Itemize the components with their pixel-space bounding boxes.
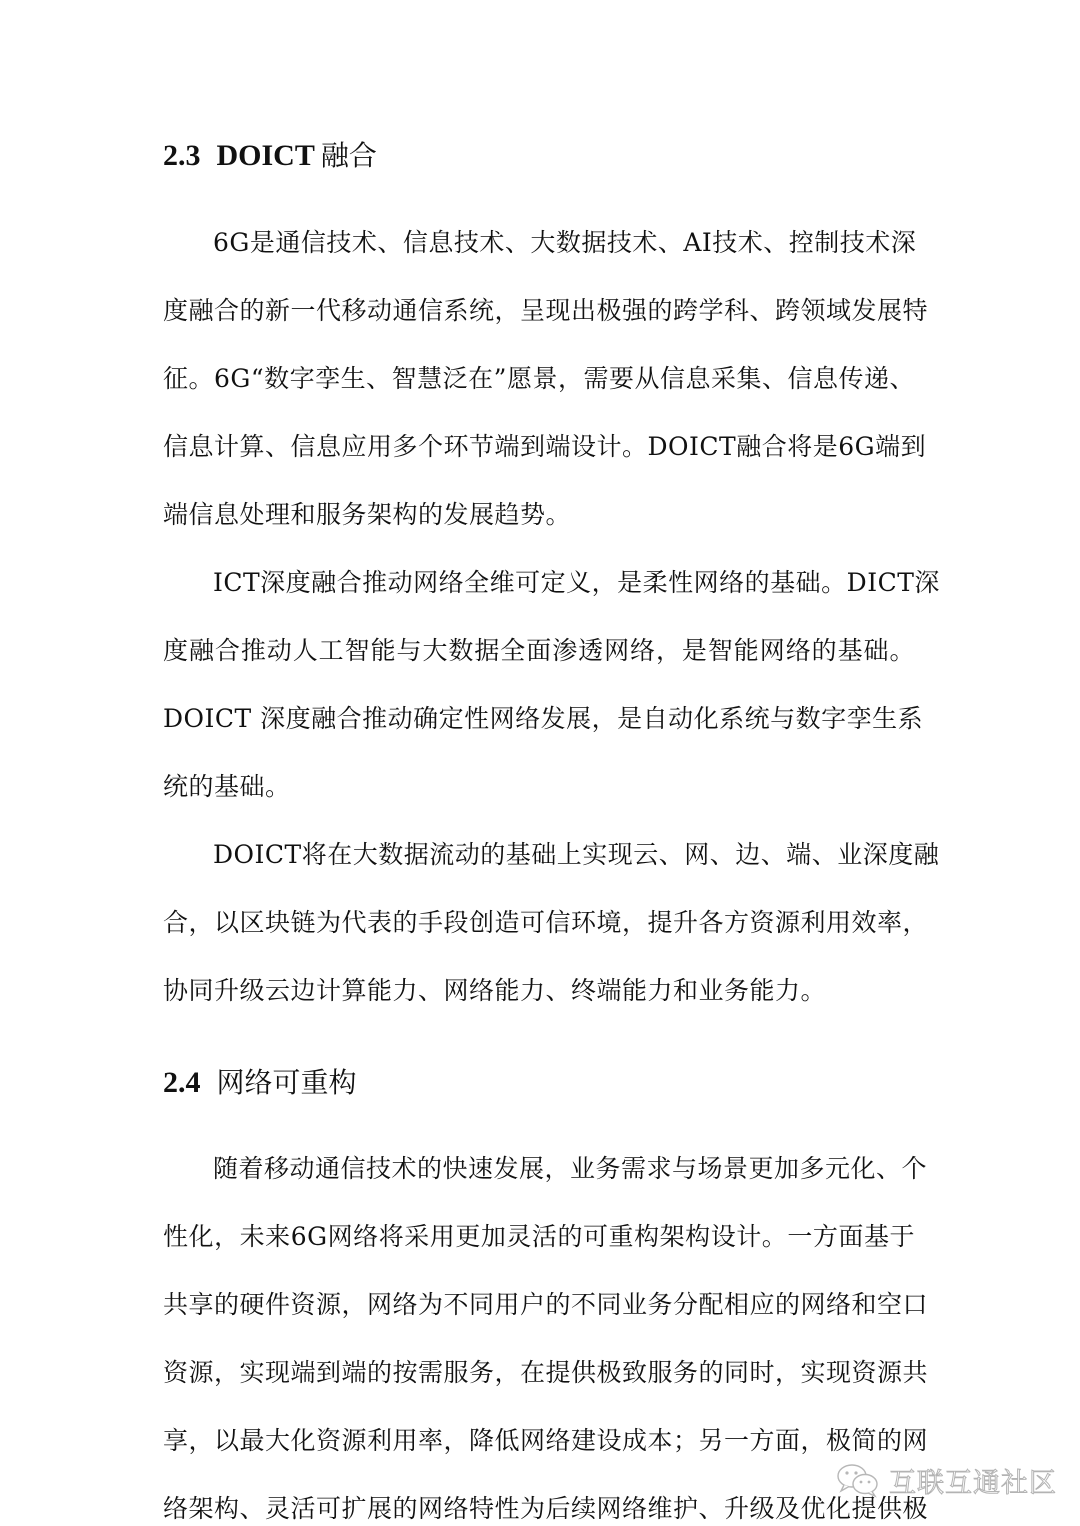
section-title-zh: 融合 — [321, 139, 377, 172]
paragraph-line: 征。6G“数字孪生、智慧泛在”愿景，需要从信息采集、信息传递、 — [163, 361, 915, 397]
paragraph-line: 共享的硬件资源，网络为不同用户的不同业务分配相应的网络和空口 — [163, 1287, 915, 1323]
paragraph-line: 协同升级云边计算能力、网络能力、终端能力和业务能力。 — [163, 973, 915, 1009]
paragraph-line: 6G是通信技术、信息技术、大数据技术、AI技术、控制技术深 — [213, 225, 915, 261]
section-heading-2-3: 2.3DOICT融合 — [163, 136, 377, 176]
paragraph-line: 合，以区块链为代表的手段创造可信环境，提升各方资源利用效率， — [163, 905, 915, 941]
paragraph-line: ICT深度融合推动网络全维可定义，是柔性网络的基础。DICT深 — [213, 565, 915, 601]
section-title-en: DOICT — [217, 139, 315, 172]
section-heading-2-4: 2.4网络可重构 — [163, 1063, 357, 1103]
paragraph-line: DOICT 深度融合推动确定性网络发展，是自动化系统与数字孪生系 — [163, 701, 915, 737]
paragraph-line: 享，以最大化资源利用率，降低网络建设成本；另一方面，极简的网 — [163, 1423, 915, 1459]
paragraph-line: 端信息处理和服务架构的发展趋势。 — [163, 497, 915, 533]
paragraph-line: 信息计算、信息应用多个环节端到端设计。DOICT融合将是6G端到 — [163, 429, 915, 465]
paragraph-line: 络架构、灵活可扩展的网络特性为后续网络维护、升级及优化提供极 — [163, 1491, 915, 1526]
paragraph-line: 性化，未来6G网络将采用更加灵活的可重构架构设计。一方面基于 — [163, 1219, 915, 1255]
paragraph-line: 统的基础。 — [163, 769, 915, 805]
section-title-zh: 网络可重构 — [217, 1066, 357, 1099]
watermark-text: 互联互通社区 — [889, 1461, 1057, 1500]
paragraph-line: 度融合推动人工智能与大数据全面渗透网络，是智能网络的基础。 — [163, 633, 915, 669]
section-number: 2.4 — [163, 1066, 201, 1099]
paragraph-line: 随着移动通信技术的快速发展，业务需求与场景更加多元化、个 — [213, 1151, 915, 1187]
document-page: 2.3DOICT融合 6G是通信技术、信息技术、大数据技术、AI技术、控制技术深… — [0, 0, 1080, 1526]
section-number: 2.3 — [163, 139, 201, 172]
watermark: 互联互通社区 — [835, 1460, 1057, 1500]
paragraph-line: 度融合的新一代移动通信系统，呈现出极强的跨学科、跨领域发展特 — [163, 293, 915, 329]
wechat-icon — [835, 1462, 881, 1498]
paragraph-line: 资源，实现端到端的按需服务，在提供极致服务的同时，实现资源共 — [163, 1355, 915, 1391]
paragraph-line: DOICT将在大数据流动的基础上实现云、网、边、端、业深度融 — [213, 837, 915, 873]
